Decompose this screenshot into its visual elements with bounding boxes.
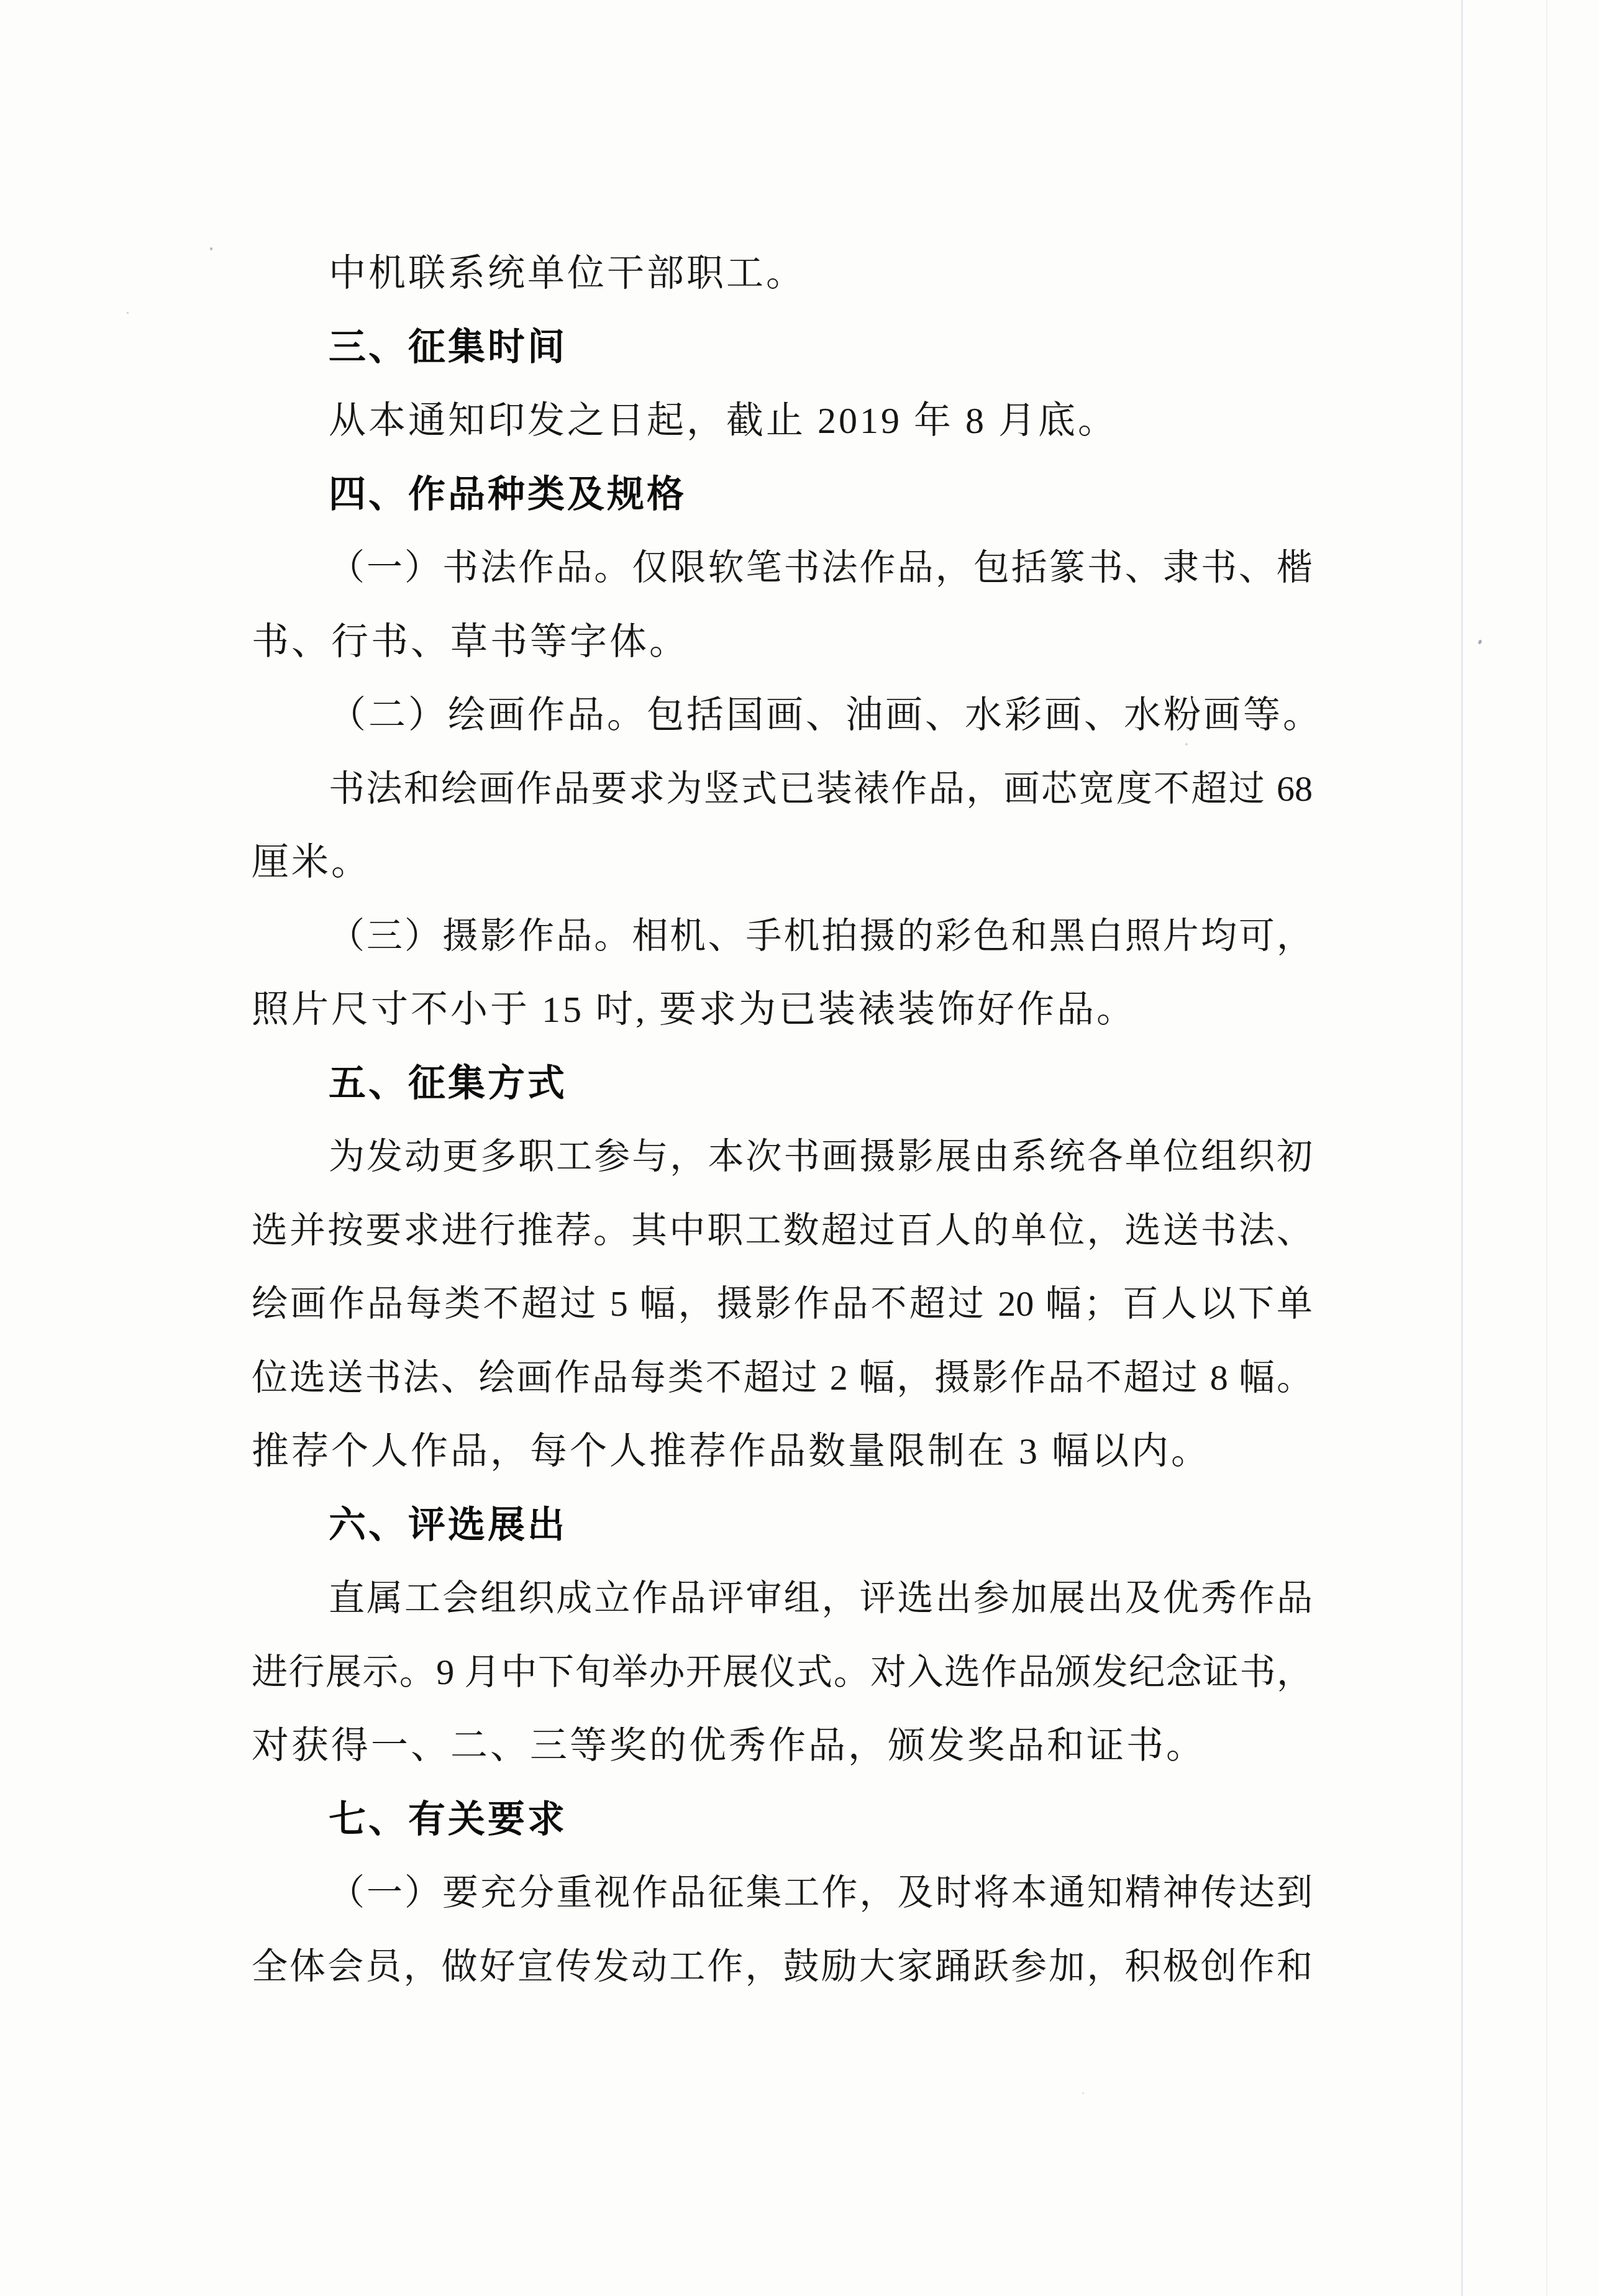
section-heading: 四、作品种类及规格 (252, 465, 1313, 517)
text-line: 中机联系统单位干部职工。 (252, 244, 1313, 296)
text-line: 选并按要求进行推荐。其中职工数超过百人的单位，选送书法、 (252, 1201, 1313, 1253)
text-line: 进行展示。9 月中下旬举办开展仪式。对入选作品颁发纪念证书， (252, 1642, 1313, 1695)
section-heading: 七、有关要求 (252, 1790, 1313, 1842)
section-heading: 六、评选展出 (252, 1495, 1313, 1547)
text-line: 照片尺寸不小于 15 吋, 要求为已装裱装饰好作品。 (252, 980, 1313, 1032)
text-line: 对获得一、二、三等奖的优秀作品，颁发奖品和证书。 (252, 1716, 1313, 1768)
text-line: （一）书法作品。仅限软笔书法作品，包括篆书、隶书、楷 (252, 538, 1313, 590)
text-line: 绘画作品每类不超过 5 幅，摄影作品不超过 20 幅；百人以下单 (252, 1274, 1313, 1326)
scan-speck (1478, 639, 1482, 644)
scan-speck (210, 247, 212, 250)
text-line: （三）摄影作品。相机、手机拍摄的彩色和黑白照片均可， (252, 906, 1313, 959)
text-line: 推荐个人作品，每个人推荐作品数量限制在 3 幅以内。 (252, 1421, 1313, 1474)
text-column: 中机联系统单位干部职工。三、征集时间从本通知印发之日起，截止 2019 年 8 … (252, 0, 1313, 2296)
text-line: （一）要充分重视作品征集工作，及时将本通知精神传达到 (252, 1863, 1313, 1915)
text-line: 位选送书法、绘画作品每类不超过 2 幅，摄影作品不超过 8 幅。 (252, 1348, 1313, 1400)
section-heading: 五、征集方式 (252, 1054, 1313, 1106)
text-line: 为发动更多职工参与，本次书画摄影展由系统各单位组织初 (252, 1127, 1313, 1179)
text-line: 厘米。 (252, 832, 1313, 885)
text-line: 书法和绘画作品要求为竖式已装裱作品，画芯宽度不超过 68 (252, 759, 1313, 811)
scan-speck (127, 312, 129, 314)
text-line: 从本通知印发之日起，截止 2019 年 8 月底。 (252, 391, 1313, 443)
text-line: 全体会员，做好宣传发动工作，鼓励大家踊跃参加，积极创作和 (252, 1937, 1313, 1989)
scanned-page: 中机联系统单位干部职工。三、征集时间从本通知印发之日起，截止 2019 年 8 … (0, 0, 1599, 2296)
scanner-streak (1546, 0, 1547, 2296)
text-line: （二）绘画作品。包括国画、油画、水彩画、水粉画等。 (252, 685, 1313, 737)
section-heading: 三、征集时间 (252, 317, 1313, 370)
text-line: 直属工会组织成立作品评审组，评选出参加展出及优秀作品 (252, 1569, 1313, 1621)
text-line: 书、行书、草书等字体。 (252, 612, 1313, 664)
scanner-streak (1461, 0, 1463, 2296)
